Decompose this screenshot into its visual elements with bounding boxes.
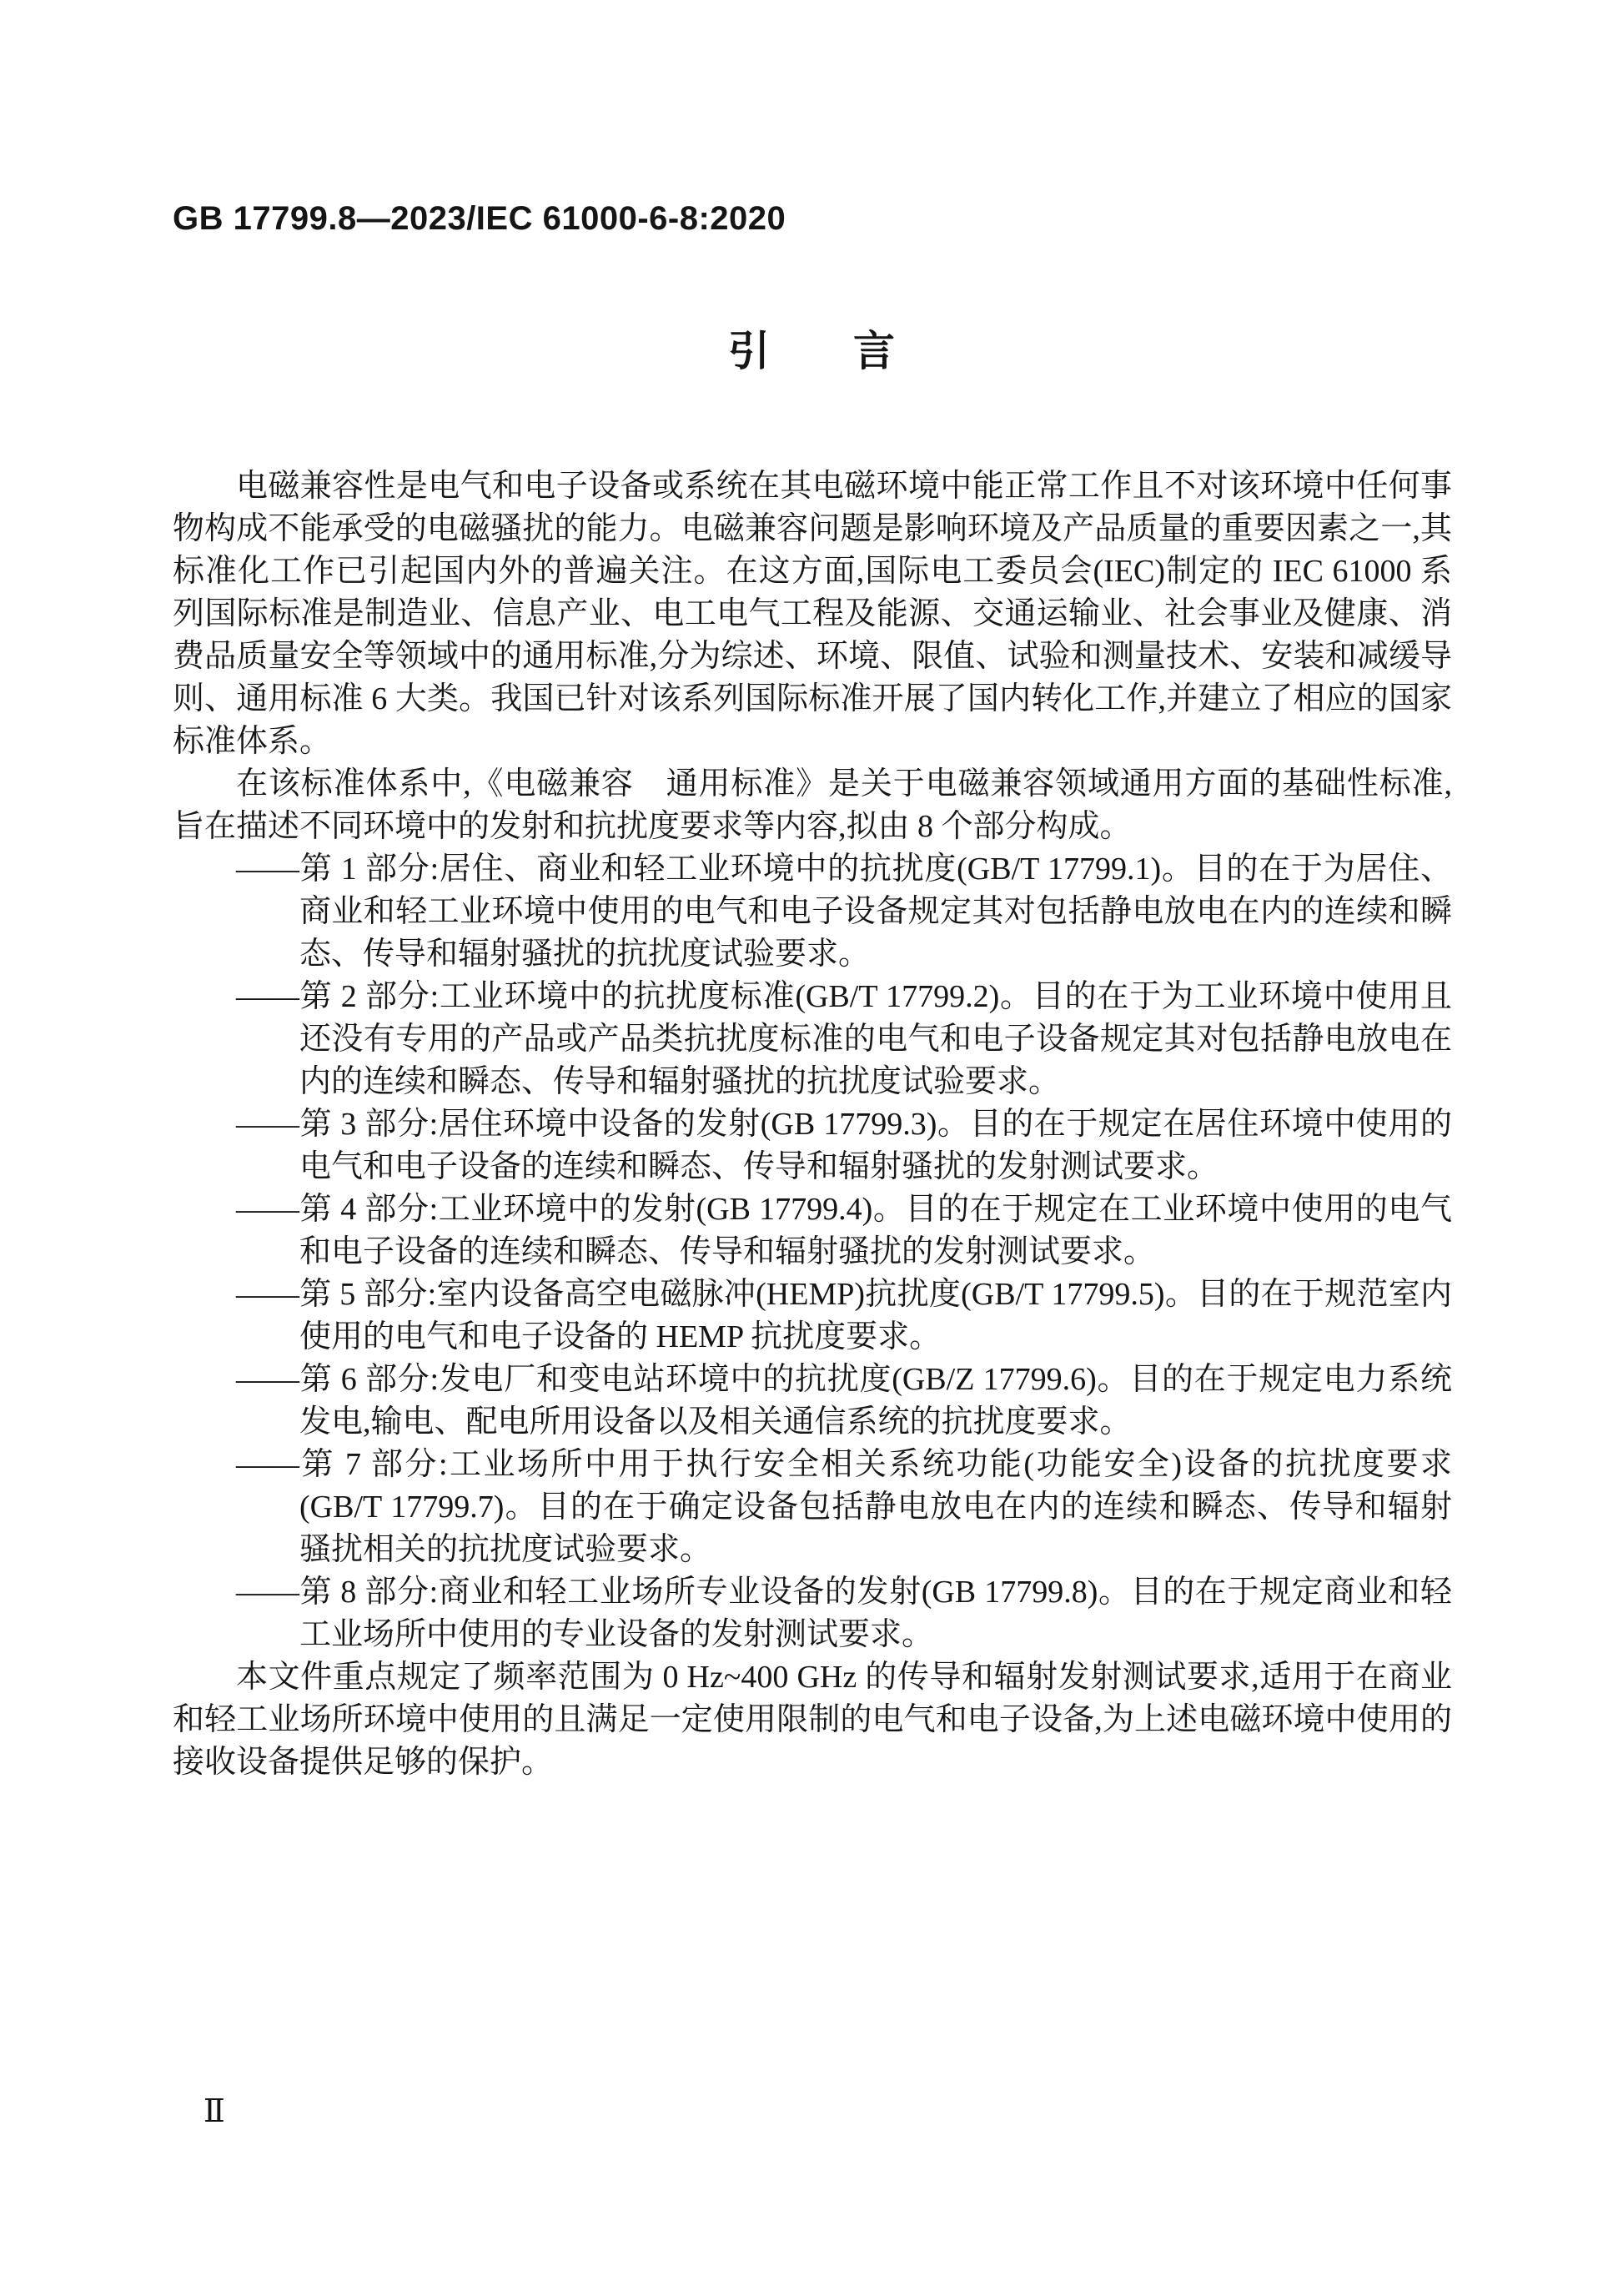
list-item-part-4: ——第 4 部分:工业环境中的发射(GB 17799.4)。目的在于规定在工业环… (173, 1188, 1452, 1274)
list-item-part-3: ——第 3 部分:居住环境中设备的发射(GB 17799.3)。目的在于规定在居… (173, 1103, 1452, 1188)
closing-paragraph: 本文件重点规定了频率范围为 0 Hz~400 GHz 的传导和辐射发射测试要求,… (173, 1656, 1452, 1784)
document-page: GB 17799.8—2023/IEC 61000-6-8:2020 引 言 电… (0, 0, 1623, 2296)
page-number: Ⅱ (204, 2092, 225, 2132)
standard-code-header: GB 17799.8—2023/IEC 61000-6-8:2020 (173, 198, 786, 239)
list-item-part-2: ——第 2 部分:工业环境中的抗扰度标准(GB/T 17799.2)。目的在于为… (173, 976, 1452, 1103)
list-item-part-6: ——第 6 部分:发电厂和变电站环境中的抗扰度(GB/Z 17799.6)。目的… (173, 1359, 1452, 1444)
list-item-part-8: ——第 8 部分:商业和轻工业场所专业设备的发射(GB 17799.8)。目的在… (173, 1571, 1452, 1656)
list-item-part-1: ——第 1 部分:居住、商业和轻工业环境中的抗扰度(GB/T 17799.1)。… (173, 848, 1452, 976)
page-title: 引 言 (0, 325, 1623, 377)
intro-paragraph-1: 电磁兼容性是电气和电子设备或系统在其电磁环境中能正常工作且不对该环境中任何事物构… (173, 465, 1452, 763)
list-item-part-7: ——第 7 部分:工业场所中用于执行安全相关系统功能(功能安全)设备的抗扰度要求… (173, 1444, 1452, 1571)
document-body: 电磁兼容性是电气和电子设备或系统在其电磁环境中能正常工作且不对该环境中任何事物构… (173, 465, 1452, 1784)
list-item-part-5: ——第 5 部分:室内设备高空电磁脉冲(HEMP)抗扰度(GB/T 17799.… (173, 1274, 1452, 1359)
intro-paragraph-2: 在该标准体系中,《电磁兼容 通用标准》是关于电磁兼容领域通用方面的基础性标准,旨… (173, 763, 1452, 848)
